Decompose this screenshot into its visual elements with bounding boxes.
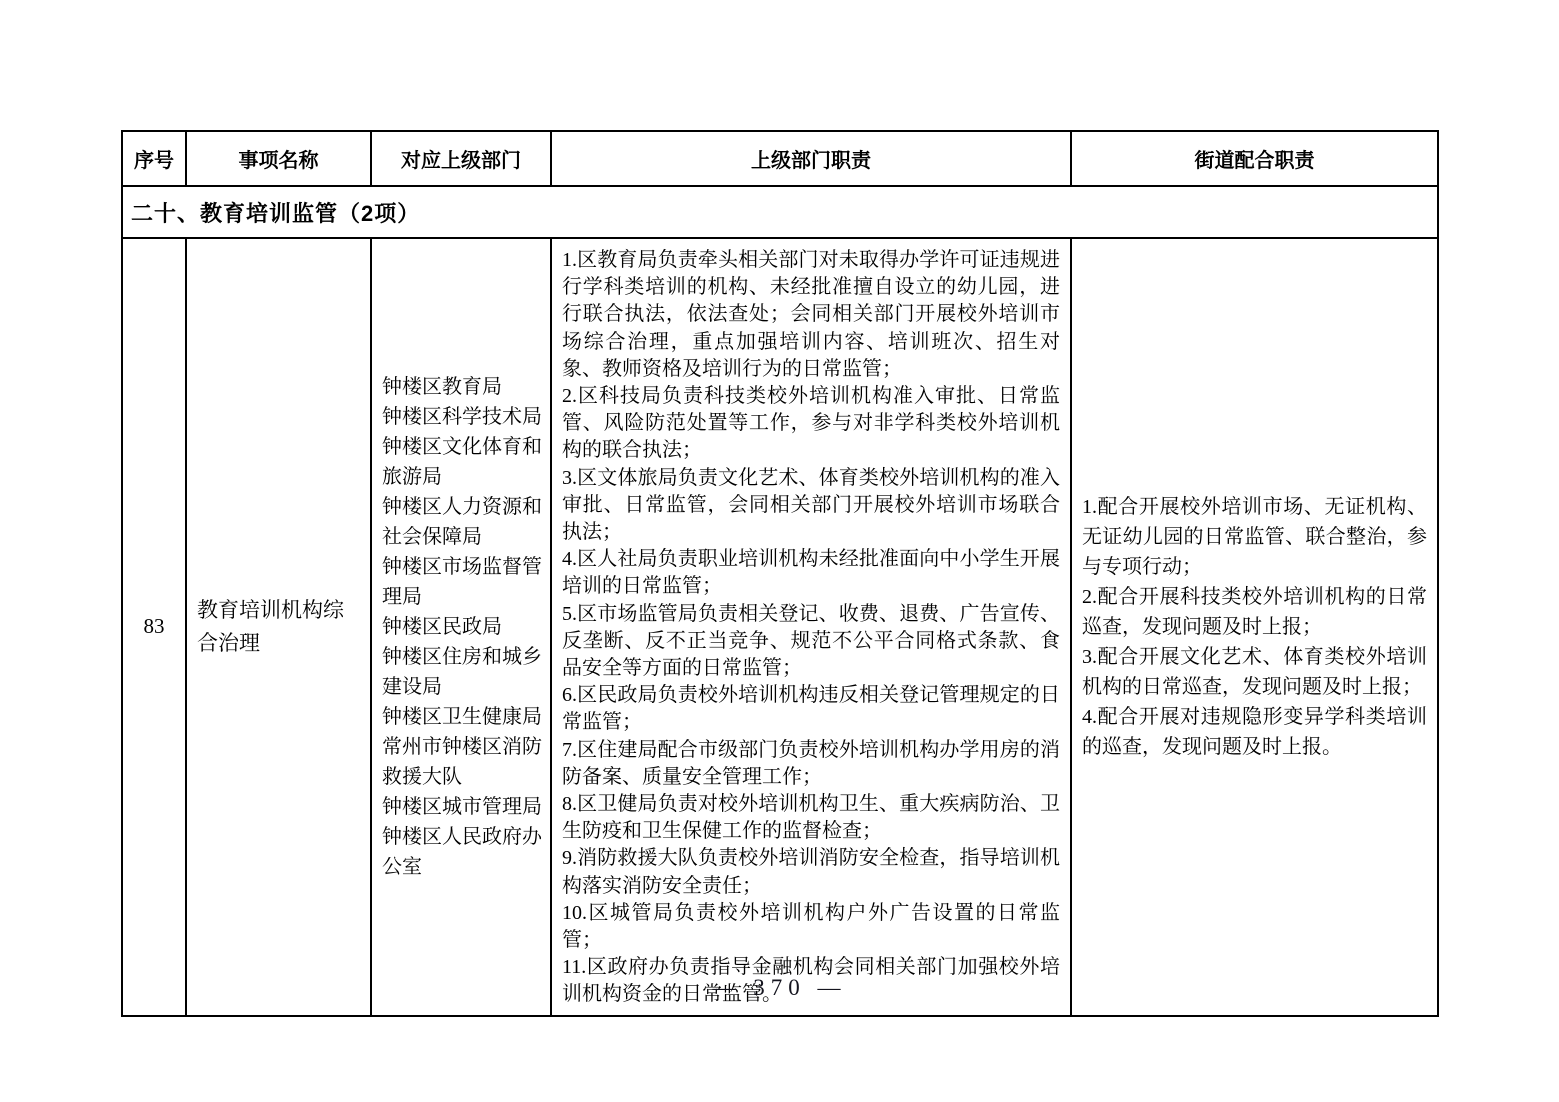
department-line: 钟楼区住房和城乡建设局 [382, 642, 542, 702]
superior-duty-line: 4.区人社局负责职业培训机构未经批准面向中小学生开展培训的日常监管； [562, 546, 1060, 600]
department-line: 钟楼区民政局 [382, 612, 542, 642]
superior-duty-line: 6.区民政局负责校外培训机构违反相关登记管理规定的日常监管； [562, 682, 1060, 736]
superior-duty-line: 9.消防救援大队负责校外培训消防安全检查，指导培训机构落实消防安全责任； [562, 845, 1060, 899]
department-line: 钟楼区人民政府办公室 [382, 822, 542, 882]
cell-serial-number: 83 [122, 238, 186, 1016]
department-line: 钟楼区卫生健康局 [382, 702, 542, 732]
section-row: 二十、教育培训监管（2项） [122, 186, 1438, 238]
superior-duty-line: 3.区文体旅局负责文化艺术、体育类校外培训机构的准入审批、日常监管，会同相关部门… [562, 465, 1060, 547]
header-street-duties: 街道配合职责 [1071, 131, 1438, 186]
department-line: 常州市钟楼区消防救援大队 [382, 732, 542, 792]
street-duty-line: 3.配合开展文化艺术、体育类校外培训机构的日常巡查，发现问题及时上报； [1082, 642, 1427, 702]
header-serial-number: 序号 [122, 131, 186, 186]
section-title: 二十、教育培训监管（2项） [122, 186, 1438, 238]
department-line: 钟楼区城市管理局 [382, 792, 542, 822]
duty-matrix-table: 序号 事项名称 对应上级部门 上级部门职责 街道配合职责 二十、教育培训监管（2… [121, 130, 1439, 1017]
table-row: 83 教育培训机构综合治理 钟楼区教育局钟楼区科学技术局钟楼区文化体育和旅游局钟… [122, 238, 1438, 1016]
cell-street-duties: 1.配合开展校外培训市场、无证机构、无证幼儿园的日常监管、联合整治，参与专项行动… [1071, 238, 1438, 1016]
department-line: 钟楼区市场监督管理局 [382, 552, 542, 612]
header-item-name: 事项名称 [186, 131, 371, 186]
street-duty-line: 1.配合开展校外培训市场、无证机构、无证幼儿园的日常监管、联合整治，参与专项行动… [1082, 492, 1427, 582]
page-number: — 370 — [0, 975, 1559, 1001]
department-line: 钟楼区科学技术局 [382, 402, 542, 432]
header-superior-duties: 上级部门职责 [551, 131, 1071, 186]
department-line: 钟楼区教育局 [382, 372, 542, 402]
superior-duty-line: 5.区市场监管局负责相关登记、收费、退费、广告宣传、反垄断、反不正当竞争、规范不… [562, 601, 1060, 683]
superior-duty-line: 2.区科技局负责科技类校外培训机构准入审批、日常监管、风险防范处置等工作，参与对… [562, 383, 1060, 465]
table-header-row: 序号 事项名称 对应上级部门 上级部门职责 街道配合职责 [122, 131, 1438, 186]
superior-duty-line: 8.区卫健局负责对校外培训机构卫生、重大疾病防治、卫生防疫和卫生保健工作的监督检… [562, 791, 1060, 845]
street-duty-line: 2.配合开展科技类校外培训机构的日常巡查，发现问题及时上报； [1082, 582, 1427, 642]
street-duty-line: 4.配合开展对违规隐形变异学科类培训的巡查，发现问题及时上报。 [1082, 702, 1427, 762]
document-page: 序号 事项名称 对应上级部门 上级部门职责 街道配合职责 二十、教育培训监管（2… [0, 0, 1559, 1102]
header-superior-department: 对应上级部门 [371, 131, 551, 186]
department-line: 钟楼区文化体育和旅游局 [382, 432, 542, 492]
cell-item-name: 教育培训机构综合治理 [186, 238, 371, 1016]
cell-superior-duties: 1.区教育局负责牵头相关部门对未取得办学许可证违规进行学科类培训的机构、未经批准… [551, 238, 1071, 1016]
superior-duty-line: 7.区住建局配合市级部门负责校外培训机构办学用房的消防备案、质量安全管理工作； [562, 737, 1060, 791]
superior-duty-line: 1.区教育局负责牵头相关部门对未取得办学许可证违规进行学科类培训的机构、未经批准… [562, 247, 1060, 383]
department-line: 钟楼区人力资源和社会保障局 [382, 492, 542, 552]
superior-duty-line: 10.区城管局负责校外培训机构户外广告设置的日常监管； [562, 900, 1060, 954]
cell-departments: 钟楼区教育局钟楼区科学技术局钟楼区文化体育和旅游局钟楼区人力资源和社会保障局钟楼… [371, 238, 551, 1016]
